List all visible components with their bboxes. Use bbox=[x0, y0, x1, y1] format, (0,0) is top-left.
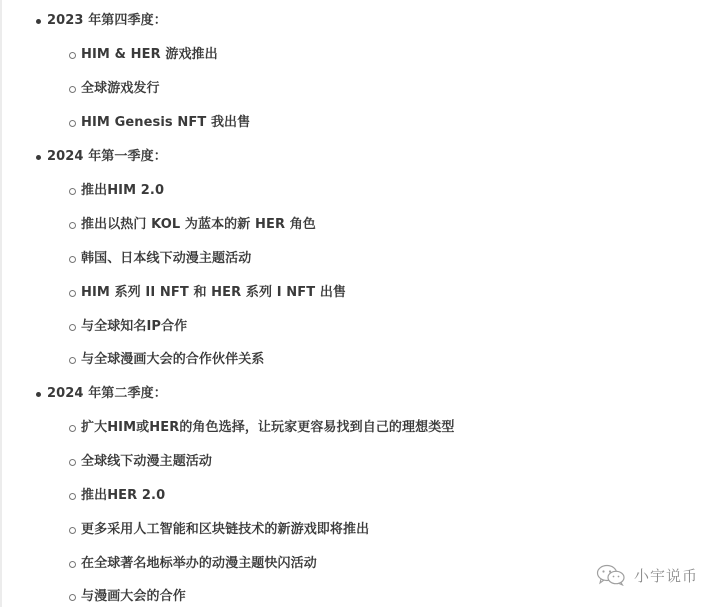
list-item: 韩国、日本线下动漫主题活动 bbox=[81, 249, 251, 269]
circle-bullet-icon bbox=[69, 527, 76, 534]
circle-bullet-icon bbox=[69, 52, 76, 59]
list-item-text: 全球游戏发行 bbox=[81, 81, 160, 96]
list-item: HIM Genesis NFT 我出售 bbox=[81, 113, 250, 133]
list-item-text: HIM & HER 游戏推出 bbox=[81, 47, 218, 62]
list-item: 与全球漫画大会的合作伙伴关系 bbox=[81, 350, 264, 370]
list-item-text: HIM Genesis NFT 我出售 bbox=[81, 115, 250, 130]
list-item-text: 更多采用人工智能和区块链技术的新游戏即将推出 bbox=[81, 522, 369, 537]
list-item: 全球游戏发行 bbox=[81, 79, 160, 99]
list-item-text: 推出HER 2.0 bbox=[81, 488, 165, 503]
list-item: 推出以热门 KOL 为蓝本的新 HER 角色 bbox=[81, 215, 316, 235]
list-item: HIM & HER 游戏推出 bbox=[81, 45, 218, 65]
list-item-text: HIM 系列 II NFT 和 HER 系列 I NFT 出售 bbox=[81, 285, 346, 300]
circle-bullet-icon bbox=[69, 120, 76, 127]
disc-bullet-icon bbox=[36, 155, 41, 160]
list-item-text: 韩国、日本线下动漫主题活动 bbox=[81, 251, 251, 266]
phase-heading: 2024 年第二季度： bbox=[47, 384, 167, 404]
list-item: 扩大HIM或HER的角色选择，让玩家更容易找到自己的理想类型 bbox=[81, 418, 454, 438]
watermark-text: 小宇说币 bbox=[634, 565, 698, 586]
disc-bullet-icon bbox=[36, 19, 41, 24]
list-item: 在全球著名地标举办的动漫主题快闪活动 bbox=[81, 554, 317, 574]
list-item-text: 与漫画大会的合作 bbox=[81, 589, 186, 604]
list-item-text: 与全球漫画大会的合作伙伴关系 bbox=[81, 352, 264, 367]
circle-bullet-icon bbox=[69, 459, 76, 466]
list-item: 与漫画大会的合作 bbox=[81, 587, 186, 607]
list-item: 推出HER 2.0 bbox=[81, 486, 165, 506]
disc-bullet-icon bbox=[36, 392, 41, 397]
list-item: 与全球知名IP合作 bbox=[81, 317, 187, 337]
circle-bullet-icon bbox=[69, 357, 76, 364]
phase-label: 2024 年第一季度： bbox=[47, 149, 167, 164]
circle-bullet-icon bbox=[69, 256, 76, 263]
circle-bullet-icon bbox=[69, 222, 76, 229]
circle-bullet-icon bbox=[69, 188, 76, 195]
phase-label: 2023 年第四季度： bbox=[47, 13, 167, 28]
left-border-rule bbox=[0, 0, 2, 607]
list-item-text: 扩大HIM或HER的角色选择，让玩家更容易找到自己的理想类型 bbox=[81, 420, 454, 435]
circle-bullet-icon bbox=[69, 594, 76, 601]
list-item-text: 在全球著名地标举办的动漫主题快闪活动 bbox=[81, 556, 317, 571]
phase-label: 2024 年第二季度： bbox=[47, 386, 167, 401]
wechat-icon bbox=[596, 564, 626, 586]
circle-bullet-icon bbox=[69, 86, 76, 93]
phase-heading: 2024 年第一季度： bbox=[47, 147, 167, 167]
circle-bullet-icon bbox=[69, 324, 76, 331]
circle-bullet-icon bbox=[69, 425, 76, 432]
list-item-text: 全球线下动漫主题活动 bbox=[81, 454, 212, 469]
list-item: 全球线下动漫主题活动 bbox=[81, 452, 212, 472]
list-item: 推出HIM 2.0 bbox=[81, 181, 164, 201]
circle-bullet-icon bbox=[69, 290, 76, 297]
list-item: HIM 系列 II NFT 和 HER 系列 I NFT 出售 bbox=[81, 283, 346, 303]
list-item-text: 推出以热门 KOL 为蓝本的新 HER 角色 bbox=[81, 217, 316, 232]
phase-heading: 2023 年第四季度： bbox=[47, 11, 167, 31]
list-item-text: 与全球知名IP合作 bbox=[81, 319, 187, 334]
circle-bullet-icon bbox=[69, 493, 76, 500]
list-item-text: 推出HIM 2.0 bbox=[81, 183, 164, 198]
watermark: 小宇说币 bbox=[596, 563, 698, 587]
circle-bullet-icon bbox=[69, 561, 76, 568]
list-item: 更多采用人工智能和区块链技术的新游戏即将推出 bbox=[81, 520, 369, 540]
